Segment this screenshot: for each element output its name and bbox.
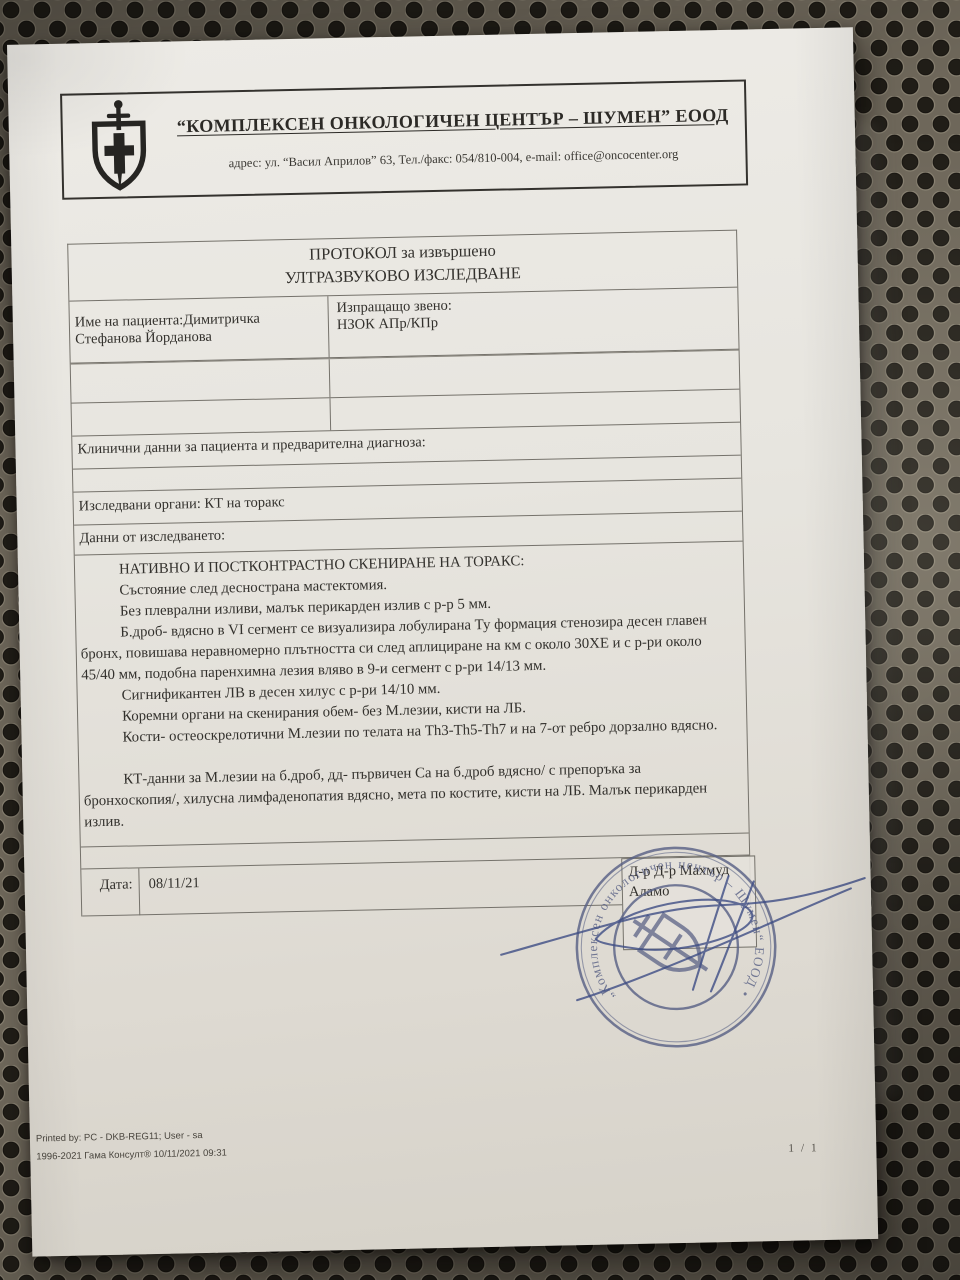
shield-sword-cross-icon: [83, 98, 155, 193]
findings-text: НАТИВНО И ПОСТКОНТРАСТНО СКЕНИРАНЕ НА ТО…: [75, 542, 749, 848]
org-name: “КОМПЛЕКСЕН ОНКОЛОГИЧЕН ЦЕНТЪР – ШУМЕН” …: [175, 105, 731, 138]
letterhead-text: “КОМПЛЕКСЕН ОНКОЛОГИЧЕН ЦЕНТЪР – ШУМЕН” …: [175, 104, 746, 172]
software-line: 1996-2021 Гама Консулт® 10/11/2021 09:31: [36, 1145, 227, 1167]
letterhead-box: “КОМПЛЕКСЕН ОНКОЛОГИЧЕН ЦЕНТЪР – ШУМЕН” …: [60, 79, 748, 199]
referring-unit-cell: Изпращащо звено: НЗОК АПр/КПр: [328, 288, 738, 358]
signature: [444, 845, 883, 1024]
findings-conclusion: КТ-данни за М.лезии на б.дроб, дд- първи…: [83, 757, 740, 834]
org-logo: [62, 97, 176, 193]
date-label: Дата:: [81, 868, 140, 916]
patient-name-cell: Име на пациента:Димитричка Стефанова Йор…: [69, 296, 329, 362]
document-paper: “КОМПЛЕКСЕН ОНКОЛОГИЧЕН ЦЕНТЪР – ШУМЕН” …: [7, 27, 878, 1256]
page-number: 1 / 1: [788, 1142, 819, 1155]
protocol-table: ПРОТОКОЛ за извършено УЛТРАЗВУКОВО ИЗСЛЕ…: [67, 230, 751, 917]
footer-print-info: Printed by: PC - DKB-REG11; User - sa 19…: [36, 1127, 227, 1167]
org-address: адрес: ул. “Васил Априлов” 63, Тел./факс…: [175, 146, 731, 173]
